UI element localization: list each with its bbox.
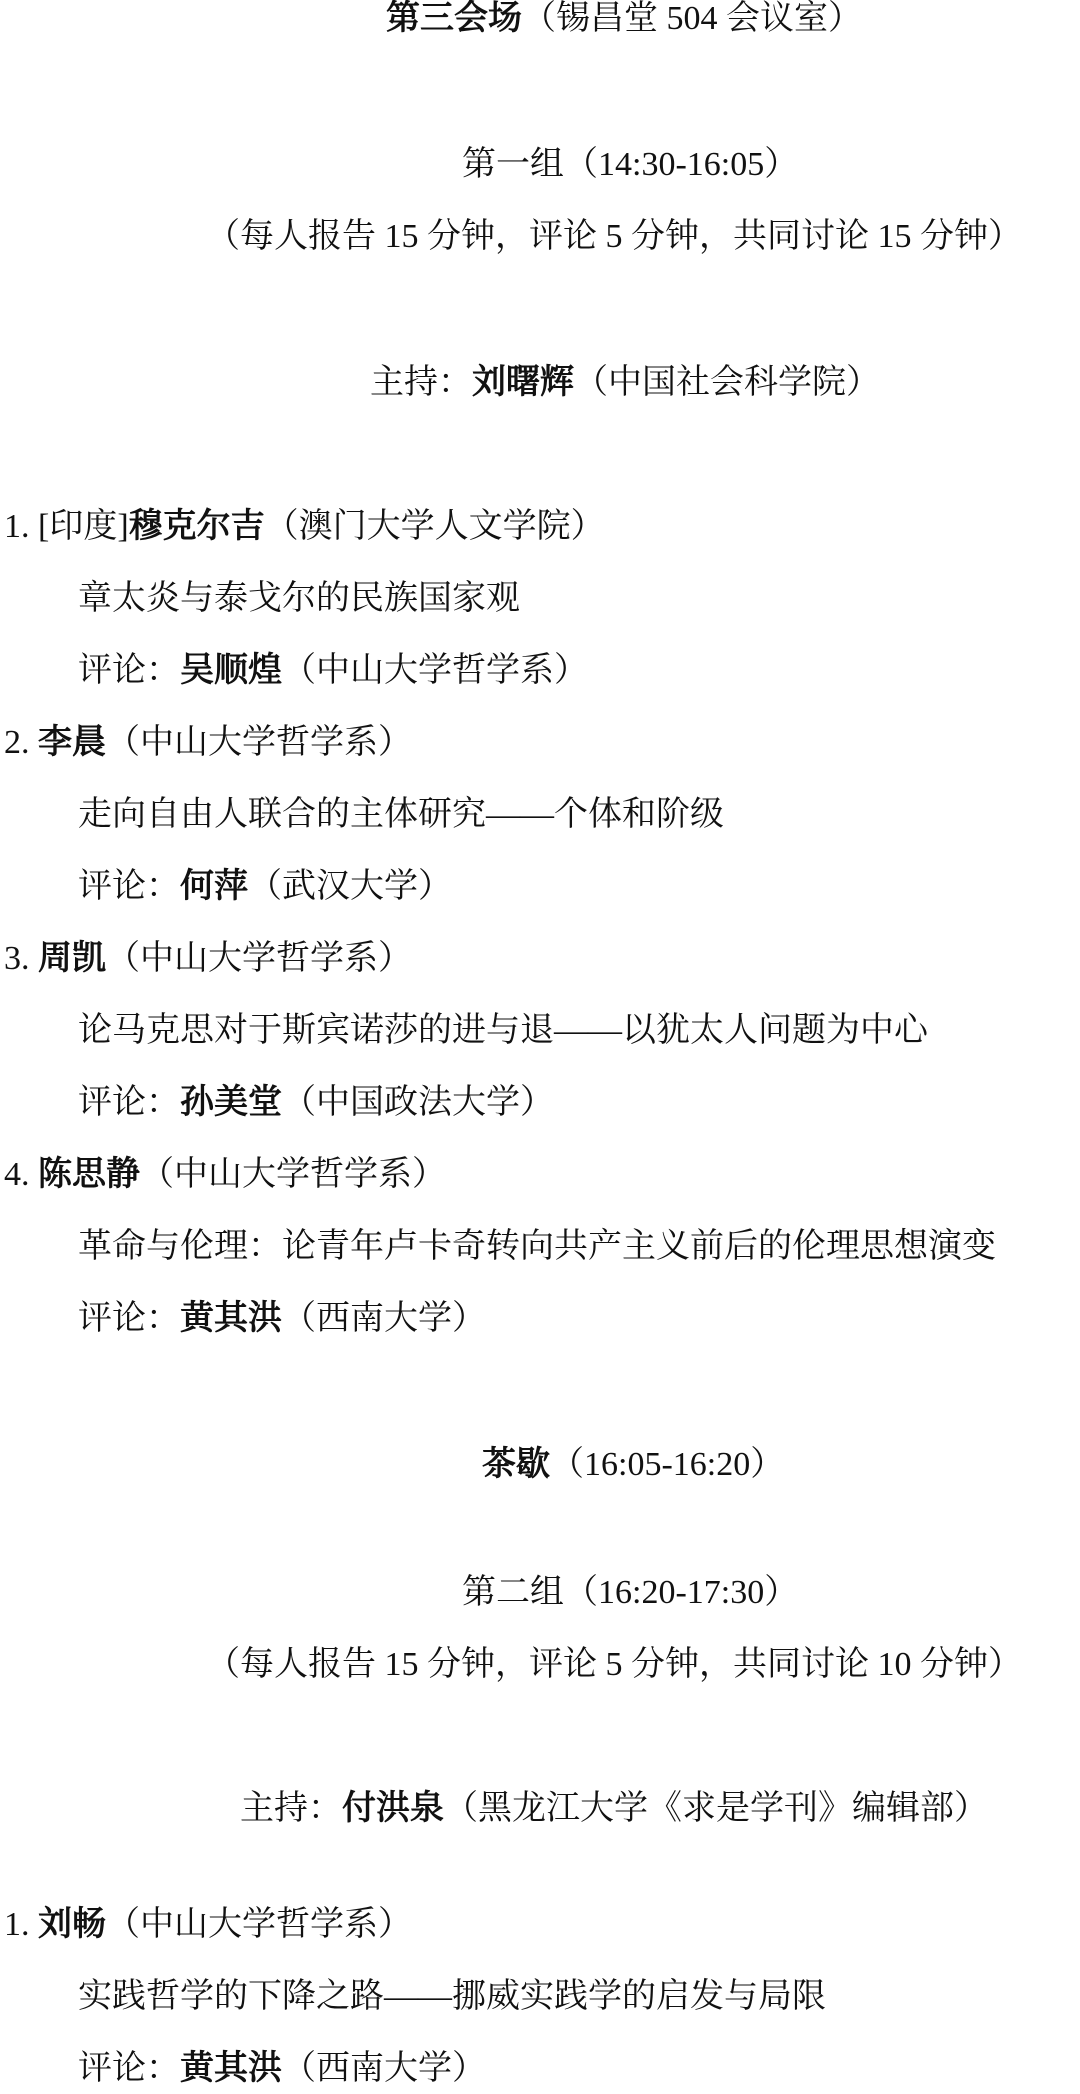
speaker-name: 刘畅 [38, 1906, 106, 1943]
tea-break-label: 茶歇 [482, 1446, 550, 1483]
venue-room: （锡昌堂 504 会议室） [522, 0, 862, 37]
discussant-label: 评论： [78, 1300, 180, 1337]
talk-number: 1. [4, 1906, 38, 1943]
chair-affiliation: （黑龙江大学《求是学刊》编辑部） [444, 1790, 988, 1827]
talk-discussant-line: 评论：孙美堂（中国政法大学） [78, 1086, 554, 1120]
chair-name: 付洪泉 [342, 1790, 444, 1827]
discussant-label: 评论： [78, 868, 180, 905]
discussant-label: 评论： [78, 1084, 180, 1121]
talk-number: 2. [4, 724, 38, 761]
chair-label: 主持： [240, 1790, 342, 1827]
talk-title: 论马克思对于斯宾诺莎的进与退——以犹太人问题为中心 [78, 1014, 928, 1048]
speaker-affiliation: （中山大学哲学系） [106, 940, 412, 977]
talk-speaker-line: 3. 周凯（中山大学哲学系） [4, 942, 412, 976]
speaker-affiliation: （中山大学哲学系） [140, 1156, 446, 1193]
discussant-affiliation: （中国政法大学） [282, 1084, 554, 1121]
talk-speaker-line: 4. 陈思静（中山大学哲学系） [4, 1158, 446, 1192]
speaker-name: 周凯 [38, 940, 106, 977]
discussant-affiliation: （西南大学） [282, 1300, 486, 1337]
talk-number: 1. [4, 508, 38, 545]
group1-title: 第一组（14:30-16:05） [462, 148, 798, 182]
discussant-name: 黄其洪 [180, 1300, 282, 1337]
discussant-affiliation: （武汉大学） [248, 868, 452, 905]
group1-chair: 主持：刘曙辉（中国社会科学院） [370, 366, 880, 400]
group2-chair: 主持：付洪泉（黑龙江大学《求是学刊》编辑部） [240, 1792, 988, 1826]
talk-discussant-line: 评论：吴顺煌（中山大学哲学系） [78, 654, 588, 688]
talk-number: 4. [4, 1156, 38, 1193]
talk-discussant-line: 评论：何萍（武汉大学） [78, 870, 452, 904]
talk-discussant-line: 评论：黄其洪（西南大学） [78, 1302, 486, 1336]
discussant-affiliation: （西南大学） [282, 2050, 486, 2087]
group2-rules: （每人报告 15 分钟，评论 5 分钟，共同讨论 10 分钟） [206, 1648, 1022, 1682]
talk-discussant-line: 评论：黄其洪（西南大学） [78, 2052, 486, 2086]
discussant-label: 评论： [78, 2050, 180, 2087]
speaker-country: [印度] [38, 508, 129, 545]
speaker-name: 李晨 [38, 724, 106, 761]
venue-name: 第三会场 [386, 0, 522, 37]
group1-rules: （每人报告 15 分钟，评论 5 分钟，共同讨论 15 分钟） [206, 220, 1022, 254]
talk-speaker-line: 2. 李晨（中山大学哲学系） [4, 726, 412, 760]
discussant-name: 吴顺煌 [180, 652, 282, 689]
talk-speaker-line: 1. [印度]穆克尔吉（澳门大学人文学院） [4, 510, 605, 544]
talk-number: 3. [4, 940, 38, 977]
discussant-name: 孙美堂 [180, 1084, 282, 1121]
venue-title: 第三会场（锡昌堂 504 会议室） [386, 2, 862, 36]
talk-title: 走向自由人联合的主体研究——个体和阶级 [78, 798, 724, 832]
talk-title: 实践哲学的下降之路——挪威实践学的启发与局限 [78, 1980, 826, 2014]
speaker-name: 穆克尔吉 [129, 508, 265, 545]
speaker-name: 陈思静 [38, 1156, 140, 1193]
speaker-affiliation: （中山大学哲学系） [106, 1906, 412, 1943]
group2-title: 第二组（16:20-17:30） [462, 1576, 798, 1610]
talk-title: 革命与伦理：论青年卢卡奇转向共产主义前后的伦理思想演变 [78, 1230, 996, 1264]
discussant-affiliation: （中山大学哲学系） [282, 652, 588, 689]
speaker-affiliation: （澳门大学人文学院） [265, 508, 605, 545]
talk-speaker-line: 1. 刘畅（中山大学哲学系） [4, 1908, 412, 1942]
speaker-affiliation: （中山大学哲学系） [106, 724, 412, 761]
tea-break-time: （16:05-16:20） [550, 1446, 784, 1483]
chair-label: 主持： [370, 364, 472, 401]
discussant-name: 何萍 [180, 868, 248, 905]
tea-break: 茶歇（16:05-16:20） [482, 1448, 784, 1482]
discussant-name: 黄其洪 [180, 2050, 282, 2087]
discussant-label: 评论： [78, 652, 180, 689]
talk-title: 章太炎与泰戈尔的民族国家观 [78, 582, 520, 616]
chair-affiliation: （中国社会科学院） [574, 364, 880, 401]
chair-name: 刘曙辉 [472, 364, 574, 401]
